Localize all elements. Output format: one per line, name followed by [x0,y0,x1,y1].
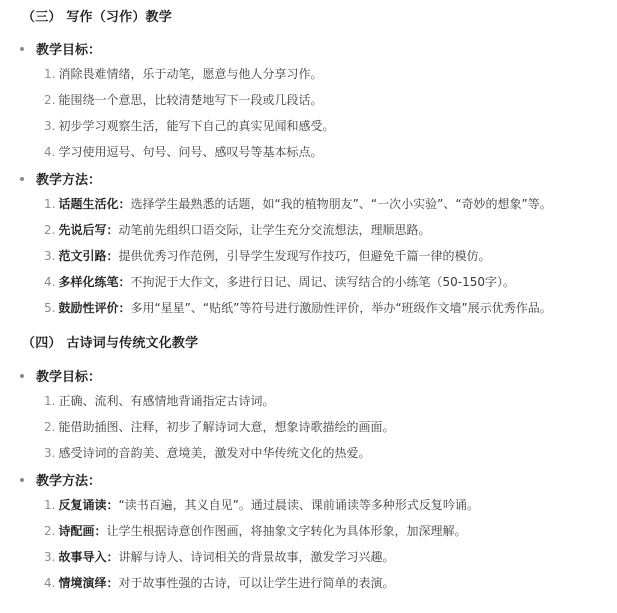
item-number: 3. [44,550,55,564]
list-item: 1.反复诵读：“读书百遍，其义自见”。通过晨读、课前诵读等多种形式反复吟诵。 [44,496,479,513]
item-keyword: 多样化练笔： [58,275,130,289]
item-text: 消除畏难情绪，乐于动笔，愿意与他人分享习作。 [58,67,322,81]
list-item: 4.情境演绎：对于故事性强的古诗，可以让学生进行简单的表演。 [44,574,394,591]
item-number: 3. [44,119,55,133]
item-number: 2. [44,93,55,107]
item-number: 2. [44,524,55,538]
item-number: 2. [44,420,55,434]
item-number: 2. [44,223,55,237]
item-text: 让学生根据诗意创作图画，将抽象文字转化为具体形象，加深理解。 [106,524,466,538]
goals-heading: 教学目标： [20,366,101,385]
bullet-icon [20,47,24,51]
methods-label: 教学方法： [36,470,101,489]
item-text: 不拘泥于大作文，多进行日记、周记、读写结合的小练笔（50-150字）。 [130,275,515,289]
methods-label: 教学方法： [36,169,101,188]
list-item: 2.先说后写：动笔前先组织口语交际，让学生充分交流想法，理顺思路。 [44,221,430,238]
item-keyword: 范文引路： [58,249,118,263]
list-item: 2.诗配画：让学生根据诗意创作图画，将抽象文字转化为具体形象，加深理解。 [44,522,466,539]
item-text: 能围绕一个意思，比较清楚地写下一段或几段话。 [58,93,322,107]
list-item: 3.故事导入：讲解与诗人、诗词相关的背景故事，激发学习兴趣。 [44,548,394,565]
list-item: 4.多样化练笔：不拘泥于大作文，多进行日记、周记、读写结合的小练笔（50-150… [44,273,515,290]
item-text: 感受诗词的音韵美、意境美，激发对中华传统文化的热爱。 [58,446,370,460]
list-item: 5.鼓励性评价：多用“星星”、“贴纸”等符号进行激励性评价，举办“班级作文墙”展… [44,299,552,316]
section-title: （三） 写作（习作）教学 [22,6,172,25]
item-text: 动笔前先组织口语交际，让学生充分交流想法，理顺思路。 [118,223,430,237]
item-text: 初步学习观察生活，能写下自己的真实见闻和感受。 [58,119,334,133]
goals-label: 教学目标： [36,39,101,58]
item-keyword: 诗配画： [58,524,106,538]
item-text: 学习使用逗号、句号、问号、感叹号等基本标点。 [58,145,322,159]
item-keyword: 故事导入： [58,550,118,564]
item-text: 正确、流利、有感情地背诵指定古诗词。 [58,394,274,408]
bullet-icon [20,177,24,181]
item-number: 3. [44,446,55,460]
list-item: 3.范文引路：提供优秀习作范例，引导学生发现写作技巧，但避免千篇一律的模仿。 [44,247,490,264]
section-title: （四） 古诗词与传统文化教学 [22,332,198,351]
item-number: 4. [44,576,55,590]
bullet-icon [20,478,24,482]
item-text: “读书百遍，其义自见”。通过晨读、课前诵读等多种形式反复吟诵。 [118,498,478,512]
item-number: 1. [44,394,55,408]
item-text: 讲解与诗人、诗词相关的背景故事，激发学习兴趣。 [118,550,394,564]
item-number: 5. [44,301,55,315]
bullet-icon [20,374,24,378]
item-number: 1. [44,197,55,211]
goals-label: 教学目标： [36,366,101,385]
item-text: 能借助插图、注释，初步了解诗词大意，想象诗歌描绘的画面。 [58,420,394,434]
list-item: 2.能借助插图、注释，初步了解诗词大意，想象诗歌描绘的画面。 [44,418,394,435]
item-number: 3. [44,249,55,263]
list-item: 2.能围绕一个意思，比较清楚地写下一段或几段话。 [44,91,322,108]
item-keyword: 先说后写： [58,223,118,237]
list-item: 1.正确、流利、有感情地背诵指定古诗词。 [44,392,274,409]
list-item: 1.消除畏难情绪，乐于动笔，愿意与他人分享习作。 [44,65,322,82]
item-keyword: 反复诵读： [58,498,118,512]
item-number: 1. [44,498,55,512]
item-text: 选择学生最熟悉的话题，如“我的植物朋友”、“一次小实验”、“奇妙的想象”等。 [130,197,551,211]
list-item: 1.话题生活化：选择学生最熟悉的话题，如“我的植物朋友”、“一次小实验”、“奇妙… [44,195,552,212]
item-text: 多用“星星”、“贴纸”等符号进行激励性评价，举办“班级作文墙”展示优秀作品。 [130,301,551,315]
item-number: 4. [44,275,55,289]
list-item: 4.学习使用逗号、句号、问号、感叹号等基本标点。 [44,143,322,160]
item-keyword: 鼓励性评价： [58,301,130,315]
item-number: 4. [44,145,55,159]
list-item: 3.初步学习观察生活，能写下自己的真实见闻和感受。 [44,117,334,134]
list-item: 3.感受诗词的音韵美、意境美，激发对中华传统文化的热爱。 [44,444,370,461]
methods-heading: 教学方法： [20,470,101,489]
item-keyword: 情境演绎： [58,576,118,590]
goals-heading: 教学目标： [20,39,101,58]
methods-heading: 教学方法： [20,169,101,188]
item-number: 1. [44,67,55,81]
item-text: 提供优秀习作范例，引导学生发现写作技巧，但避免千篇一律的模仿。 [118,249,490,263]
item-keyword: 话题生活化： [58,197,130,211]
item-text: 对于故事性强的古诗，可以让学生进行简单的表演。 [118,576,394,590]
